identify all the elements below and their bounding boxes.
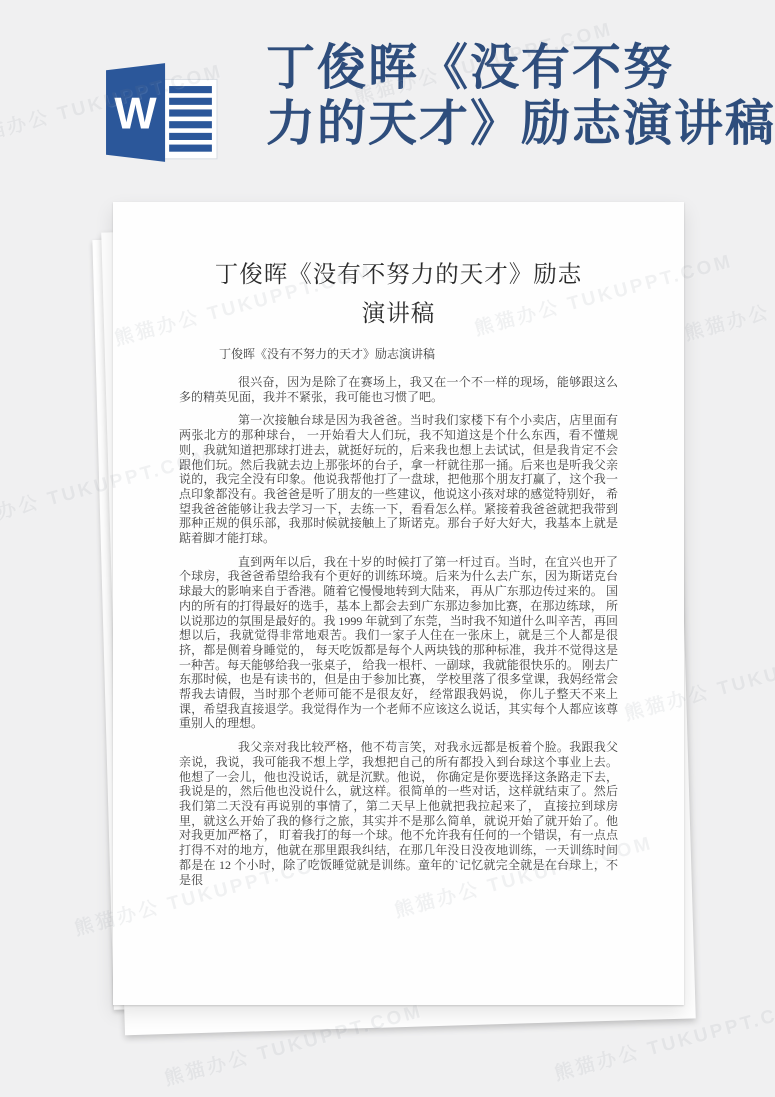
document-title: 丁俊晖《没有不努力的天才》励志演讲稿 bbox=[208, 256, 590, 334]
document-paragraph: 直到两年以后，我在十岁的时候打了第一杆过百。当时，在宜兴也开了个球房，我爸爸希望… bbox=[179, 555, 618, 731]
word-icon-letter: W bbox=[114, 88, 157, 138]
document-preview: 丁俊晖《没有不努力的天才》励志演讲稿 丁俊晖《没有不努力的天才》励志演讲稿 很兴… bbox=[113, 202, 684, 1005]
document-paragraph: 很兴奋，因为是除了在赛场上，我又在一个不一样的现场，能够跟这么多的精英见面，我并… bbox=[179, 375, 618, 404]
page-title-line1: 丁俊晖《没有不努 bbox=[266, 40, 775, 96]
document-preview-screen: { "header": { "title_line1": "丁俊晖《没有不努",… bbox=[0, 0, 775, 1097]
watermark-text: 熊猫办公 TUKUPPT.COM bbox=[681, 251, 775, 346]
page-title-line2: 力的天才》励志演讲稿 bbox=[266, 96, 775, 152]
document-paragraph: 第一次接触台球是因为我爸爸。当时我们家楼下有个小卖店，店里面有两张北方的那种球台… bbox=[179, 413, 618, 545]
page-title: 丁俊晖《没有不努 力的天才》励志演讲稿 bbox=[266, 40, 775, 152]
header: W 丁俊晖《没有不努 力的天才》励志演讲稿 bbox=[0, 0, 775, 180]
document-subtitle: 丁俊晖《没有不努力的天才》励志演讲稿 bbox=[179, 347, 618, 362]
document-paragraph: 我父亲对我比较严格，他不苟言笑，对我永远都是板着个脸。我跟我父亲说，我说，我可能… bbox=[179, 740, 618, 887]
document-page: 丁俊晖《没有不努力的天才》励志演讲稿 丁俊晖《没有不努力的天才》励志演讲稿 很兴… bbox=[113, 202, 684, 1005]
word-icon: W bbox=[104, 59, 218, 165]
